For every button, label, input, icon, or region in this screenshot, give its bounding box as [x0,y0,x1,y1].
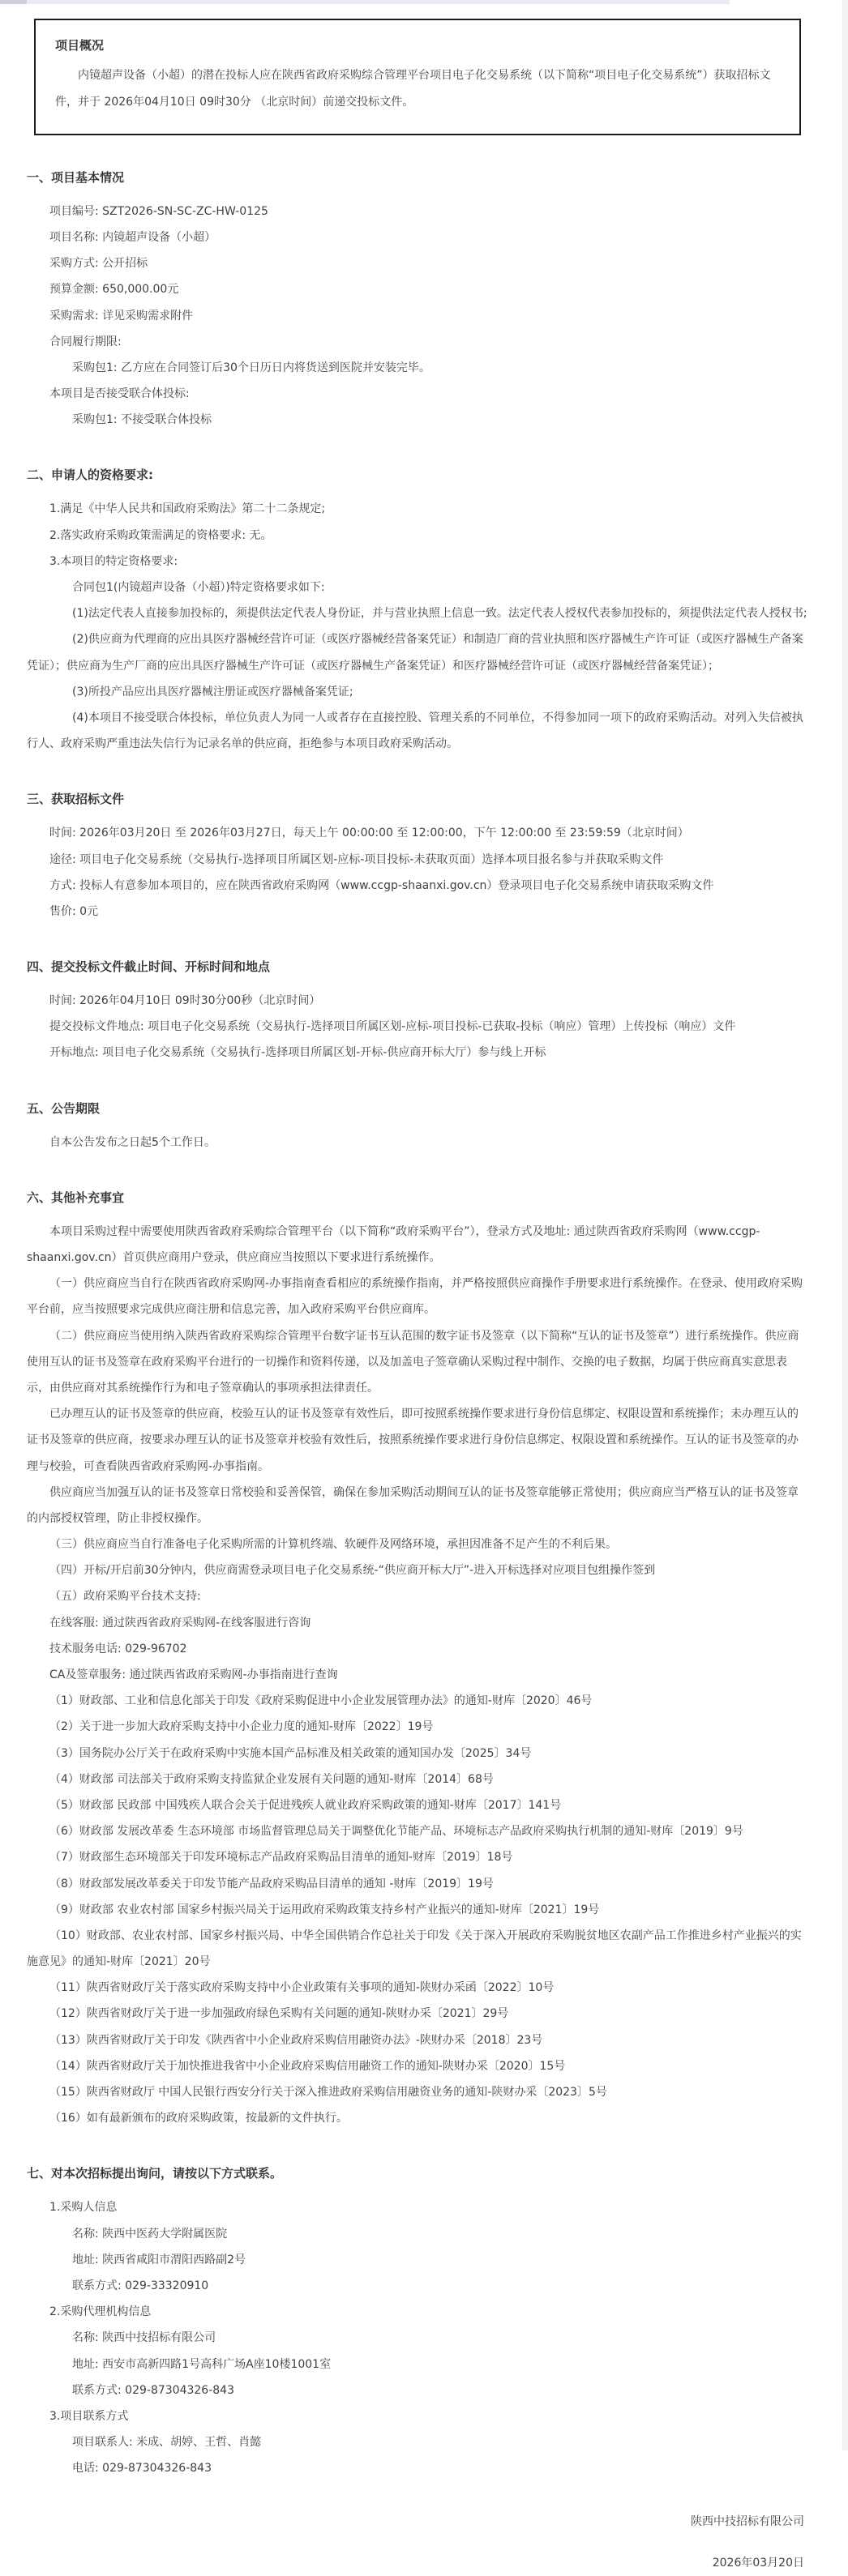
top-strip-left-segment [0,0,27,4]
section-title: 五、公告期限 [27,1099,807,1118]
doc-paragraph: 方式: 投标人有意参加本项目的，应在陕西省政府采购网（www.ccgp-shaa… [27,873,807,899]
doc-paragraph: (2)供应商为代理商的应出具医疗器械经营许可证（或医疗器械经营备案凭证）和制造厂… [27,626,807,678]
doc-paragraph: （7）财政部生态环境部关于印发环境标志产品政府采购品目清单的通知-财库〔2019… [27,1844,807,1870]
doc-paragraph: （6）财政部 发展改革委 生态环境部 市场监督管理总局关于调整优化节能产品、环境… [27,1818,807,1844]
doc-paragraph: 采购需求: 详见采购需求附件 [27,303,807,329]
doc-paragraph: 3.本项目的特定资格要求: [27,549,807,575]
doc-paragraph: （二）供应商应当使用纳入陕西省政府采购综合管理平台数字证书互认范围的数字证书及签… [27,1323,807,1402]
doc-paragraph: （2）关于进一步加大政府采购支持中小企业力度的通知-财库〔2022〕19号 [27,1714,807,1740]
document-footer: 陕西中技招标有限公司 2026年03月20日 [27,2509,807,2575]
doc-paragraph: 名称: 陕西中技招标有限公司 [27,2325,807,2351]
overview-body: 内镜超声设备（小超）的潜在投标人应在陕西省政府采购综合管理平台项目电子化交易系统… [55,62,780,116]
section-title: 七、对本次招标提出询问，请按以下方式联系。 [27,2164,807,2183]
doc-paragraph: 地址: 西安市高新四路1号高科广场A座10楼1001室 [27,2352,807,2377]
doc-paragraph: 供应商应当加强互认的证书及签章日常校验和妥善保管，确保在参加采购活动期间互认的证… [27,1480,807,1532]
doc-paragraph: （11）陕西省财政厅关于落实政府采购支持中小企业政策有关事项的通知-陕财办采函〔… [27,1975,807,2001]
doc-paragraph: 项目名称: 内镜超声设备（小超） [27,224,807,250]
doc-paragraph: （4）财政部 司法部关于政府采购支持监狱企业发展有关问题的通知-财库〔2014〕… [27,1766,807,1792]
doc-paragraph: （三）供应商应当自行准备电子化采购所需的计算机终端、软硬件及网络环境，承担因准备… [27,1532,807,1557]
doc-paragraph: （10）财政部、农业农村部、国家乡村振兴局、中华全国供销合作总社关于印发《关于深… [27,1923,807,1975]
doc-paragraph: 预算金额: 650,000.00元 [27,276,807,302]
doc-paragraph: 采购方式: 公开招标 [27,250,807,276]
project-overview-box: 项目概况 内镜超声设备（小超）的潜在投标人应在陕西省政府采购综合管理平台项目电子… [34,19,801,135]
doc-paragraph: 地址: 陕西省咸阳市渭阳西路副2号 [27,2247,807,2273]
doc-paragraph: （五）政府采购平台技术支持: [27,1583,807,1609]
doc-paragraph: （13）陕西省财政厅关于印发《陕西省中小企业政府采购信用融资办法》-陕财办采〔2… [27,2027,807,2053]
footer-date: 2026年03月20日 [27,2550,804,2576]
document-page: 项目概况 内镜超声设备（小超）的潜在投标人应在陕西省政府采购综合管理平台项目电子… [0,0,848,2576]
doc-paragraph: 时间: 2026年04月10日 09时30分00秒（北京时间） [27,988,807,1014]
doc-paragraph: 2.采购代理机构信息 [27,2299,807,2325]
section-title: 四、提交投标文件截止时间、开标时间和地点 [27,957,807,976]
doc-paragraph: （1）财政部、工业和信息化部关于印发《政府采购促进中小企业发展管理办法》的通知-… [27,1688,807,1714]
doc-paragraph: 售价: 0元 [27,899,807,925]
doc-paragraph: 在线客服: 通过陕西省政府采购网-在线客服进行咨询 [27,1610,807,1636]
doc-paragraph: 途径: 项目电子化交易系统（交易执行-选择项目所属区划-应标-项目投标-未获取页… [27,847,807,873]
doc-paragraph: 已办理互认的证书及签章的供应商，校验互认的证书及签章有效性后，即可按照系统操作要… [27,1401,807,1480]
footer-agency-name: 陕西中技招标有限公司 [27,2509,804,2535]
doc-paragraph: 1.满足《中华人民共和国政府采购法》第二十二条规定; [27,496,807,522]
top-strip-main-segment [27,0,730,4]
doc-paragraph: 本项目是否接受联合体投标: [27,381,807,407]
doc-paragraph: 3.项目联系方式 [27,2403,807,2429]
doc-paragraph: 本项目采购过程中需要使用陕西省政府采购综合管理平台（以下简称“政府采购平台”），… [27,1219,807,1271]
doc-paragraph: 名称: 陕西中医药大学附属医院 [27,2221,807,2247]
doc-paragraph: (4)本项目不接受联合体投标，单位负责人为同一人或者存在直接控股、管理关系的不同… [27,705,807,757]
doc-paragraph: （12）陕西省财政厅关于进一步加强政府绿色采购有关问题的通知-陕财办采〔2021… [27,2001,807,2027]
doc-paragraph: 合同履行期限: [27,329,807,355]
doc-paragraph: （14）陕西省财政厅关于加快推进我省中小企业政府采购信用融资工作的通知-陕财办采… [27,2053,807,2079]
doc-paragraph: 联系方式: 029-33320910 [27,2273,807,2299]
doc-paragraph: 1.采购人信息 [27,2194,807,2220]
doc-paragraph: 2.落实政府采购政策需满足的资格要求: 无。 [27,523,807,549]
doc-paragraph: 电话: 029-87304326-843 [27,2455,807,2481]
vertical-scrollbar[interactable] [842,0,848,2450]
overview-title: 项目概况 [55,33,780,58]
doc-paragraph: （9）财政部 农业农村部 国家乡村振兴局关于运用政府采购政策支持乡村产业振兴的通… [27,1897,807,1923]
section-title: 二、申请人的资格要求: [27,465,807,485]
doc-paragraph: （15）陕西省财政厅 中国人民银行西安分行关于深入推进政府采购信用融资业务的通知… [27,2079,807,2105]
doc-paragraph: （5）财政部 民政部 中国残疾人联合会关于促进残疾人就业政府采购政策的通知-财库… [27,1792,807,1818]
top-browser-strip [0,0,848,4]
section-title: 一、项目基本情况 [27,168,807,187]
doc-paragraph: 采购包1: 乙方应在合同签订后30个日历日内将货送到医院并安装完毕。 [27,355,807,381]
doc-paragraph: CA及签章服务: 通过陕西省政府采购网-办事指南进行查询 [27,1662,807,1688]
doc-paragraph: 自本公告发布之日起5个工作日。 [27,1130,807,1156]
doc-paragraph: （一）供应商应当自行在陕西省政府采购网-办事指南查看相应的系统操作指南，并严格按… [27,1271,807,1322]
section-title: 六、其他补充事宜 [27,1188,807,1207]
doc-paragraph: (1)法定代表人直接参加投标的，须提供法定代表人身份证，并与营业执照上信息一致。… [27,600,807,626]
section-title: 三、获取招标文件 [27,789,807,809]
doc-paragraph: 时间: 2026年03月20日 至 2026年03月27日，每天上午 00:00… [27,820,807,846]
doc-paragraph: （四）开标/开启前30分钟内，供应商需登录项目电子化交易系统-“供应商开标大厅”… [27,1557,807,1583]
doc-paragraph: 开标地点: 项目电子化交易系统（交易执行-选择项目所属区划-开标-供应商开标大厅… [27,1040,807,1066]
doc-paragraph: （3）国务院办公厅关于在政府采购中实施本国产品标准及相关政策的通知国办发〔202… [27,1741,807,1766]
doc-paragraph: 项目联系人: 米成、胡婷、王哲、肖懿 [27,2429,807,2455]
doc-paragraph: （16）如有最新颁布的政府采购政策，按最新的文件执行。 [27,2105,807,2131]
document-body: 一、项目基本情况项目编号: SZT2026-SN-SC-ZC-HW-0125项目… [27,168,807,2482]
doc-paragraph: （8）财政部发展改革委关于印发节能产品政府采购品目清单的通知 -财库〔2019〕… [27,1871,807,1897]
doc-paragraph: 采购包1: 不接受联合体投标 [27,407,807,433]
doc-paragraph: 技术服务电话: 029-96702 [27,1636,807,1662]
doc-paragraph: 项目编号: SZT2026-SN-SC-ZC-HW-0125 [27,199,807,224]
doc-paragraph: 联系方式: 029-87304326-843 [27,2377,807,2403]
doc-paragraph: (3)所投产品应出具医疗器械注册证或医疗器械备案凭证; [27,679,807,705]
doc-paragraph: 合同包1(内镜超声设备（小超）)特定资格要求如下: [27,575,807,600]
doc-paragraph: 提交投标文件地点: 项目电子化交易系统（交易执行-选择项目所属区划-应标-项目投… [27,1014,807,1040]
